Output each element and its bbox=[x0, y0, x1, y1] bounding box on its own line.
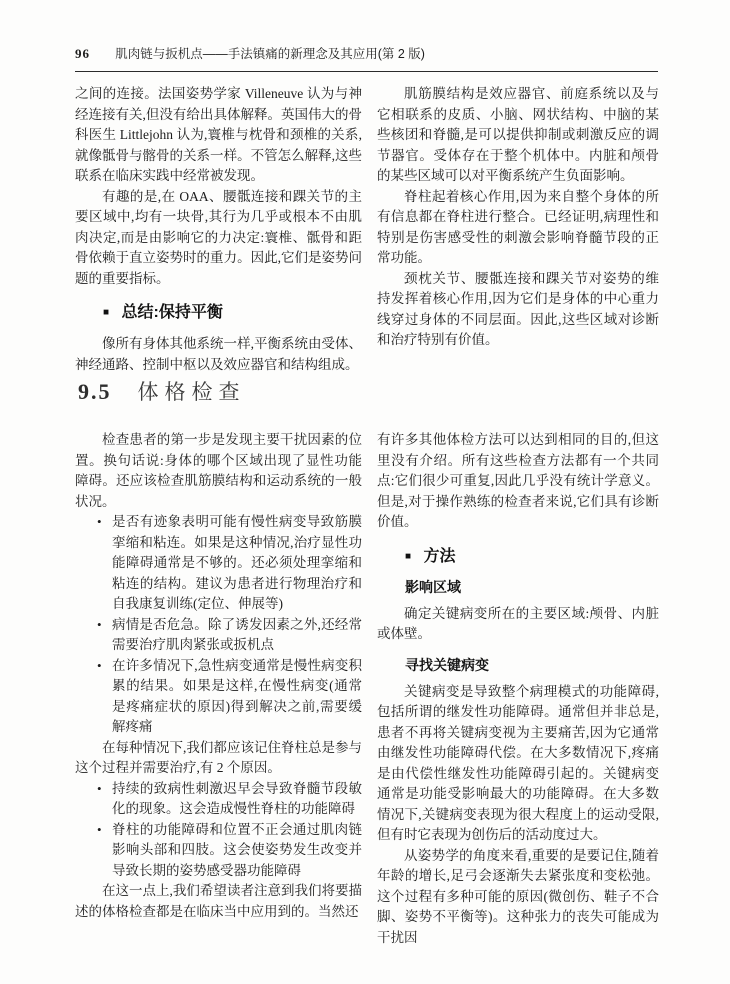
bullet-icon: • bbox=[97, 512, 102, 533]
bullet-list: • 是否有迹象表明可能有慢性病变导致筋膜挛缩和粘连。如果是这种情况,治疗显性功能… bbox=[75, 512, 362, 738]
list-item-text: 病情是否危急。除了诱发因素之外,还经常需要治疗肌肉紧张或扳机点 bbox=[112, 617, 362, 653]
bullet-icon: • bbox=[97, 779, 102, 800]
paragraph: 检查患者的第一步是发现主要干扰因素的位置。换句话说:身体的哪个区域出现了显性功能… bbox=[75, 430, 362, 512]
bullet-icon: • bbox=[97, 615, 102, 636]
paragraph: 颈枕关节、腰骶连接和踝关节对姿势的维持发挥着核心作用,因为它们是身体的中心重力线… bbox=[377, 269, 659, 351]
bullet-icon: • bbox=[97, 656, 102, 677]
paragraph: 有趣的是,在 OAA、腰骶连接和踝关节的主要区域中,均有一块骨,其行为几乎或根本… bbox=[75, 187, 362, 290]
paragraph-continuation: 之间的连接。法国姿势学家 Villeneuve 认为与神经连接有关,但没有给出具… bbox=[75, 84, 362, 187]
list-item-text: 脊柱的功能障碍和位置不正会通过肌肉链影响头部和四肢。这会使姿势发生改变并导致长期… bbox=[112, 822, 362, 878]
bottom-left-column: 检查患者的第一步是发现主要干扰因素的位置。换句话说:身体的哪个区域出现了显性功能… bbox=[75, 430, 362, 922]
bullet-list: • 持续的致病性刺激迟早会导致脊髓节段敏化的现象。这会造成慢性脊柱的功能障碍 •… bbox=[75, 779, 362, 882]
page-header: 96 肌肉链与扳机点——手法镇痛的新理念及其应用(第 2 版) bbox=[75, 44, 658, 72]
subheading-key-lesion: 寻找关键病变 bbox=[377, 656, 659, 674]
summary-heading: ■ 总结:保持平衡 bbox=[75, 303, 362, 323]
book-page: 96 肌肉链与扳机点——手法镇痛的新理念及其应用(第 2 版) 之间的连接。法国… bbox=[0, 0, 730, 984]
paragraph: 脊柱起着核心作用,因为来自整个身体的所有信息都在脊柱进行整合。已经证明,病理性和… bbox=[377, 187, 659, 269]
list-item-text: 在许多情况下,急性病变通常是慢性病变积累的结果。如果是这样,在慢性病变(通常是疼… bbox=[112, 658, 362, 735]
list-item: • 脊柱的功能障碍和位置不正会通过肌肉链影响头部和四肢。这会使姿势发生改变并导致… bbox=[97, 820, 362, 882]
paragraph: 像所有身体其他系统一样,平衡系统由受体、神经通路、控制中枢以及效应器官和结构组成… bbox=[75, 334, 362, 375]
list-item: • 持续的致病性刺激迟早会导致脊髓节段敏化的现象。这会造成慢性脊柱的功能障碍 bbox=[97, 779, 362, 820]
summary-heading-text: 总结:保持平衡 bbox=[122, 304, 223, 321]
section-number: 9.5 bbox=[78, 379, 112, 404]
bottom-right-column: 有许多其他体检方法可以达到相同的目的,但这里没有介绍。所有这些检查方法都有一个共… bbox=[377, 430, 659, 948]
top-left-column: 之间的连接。法国姿势学家 Villeneuve 认为与神经连接有关,但没有给出具… bbox=[75, 84, 362, 375]
section-title: 体格检查 bbox=[138, 381, 246, 404]
list-item: • 是否有迹象表明可能有慢性病变导致筋膜挛缩和粘连。如果是这种情况,治疗显性功能… bbox=[97, 512, 362, 615]
top-right-column: 肌筋膜结构是效应器官、前庭系统以及与它相联系的皮质、小脑、网状结构、中脑的某些核… bbox=[377, 84, 659, 351]
paragraph: 在这一点上,我们希望读者注意到我们将要描述的体格检查都是在临床当中应用到的。当然… bbox=[75, 881, 362, 922]
list-item-text: 持续的致病性刺激迟早会导致脊髓节段敏化的现象。这会造成慢性脊柱的功能障碍 bbox=[112, 781, 362, 817]
paragraph-continuation: 有许多其他体检方法可以达到相同的目的,但这里没有介绍。所有这些检查方法都有一个共… bbox=[377, 430, 659, 533]
paragraph: 关键病变是导致整个病理模式的功能障碍,包括所谓的继发性功能障碍。通常但并非总是,… bbox=[377, 682, 659, 846]
list-item: • 在许多情况下,急性病变通常是慢性病变积累的结果。如果是这样,在慢性病变(通常… bbox=[97, 656, 362, 738]
square-bullet-icon: ■ bbox=[405, 551, 411, 562]
list-item: • 病情是否危急。除了诱发因素之外,还经常需要治疗肌肉紧张或扳机点 bbox=[97, 615, 362, 656]
method-heading: ■ 方法 bbox=[377, 547, 659, 567]
subheading-affected-region: 影响区域 bbox=[377, 578, 659, 596]
paragraph: 肌筋膜结构是效应器官、前庭系统以及与它相联系的皮质、小脑、网状结构、中脑的某些核… bbox=[377, 84, 659, 187]
method-heading-text: 方法 bbox=[424, 548, 456, 565]
page-number: 96 bbox=[75, 46, 90, 61]
paragraph: 从姿势学的角度来看,重要的是要记住,随着年龄的增长,足弓会逐渐失去紧张度和变松弛… bbox=[377, 846, 659, 949]
running-title: 肌肉链与扳机点——手法镇痛的新理念及其应用(第 2 版) bbox=[115, 47, 425, 61]
square-bullet-icon: ■ bbox=[103, 307, 109, 318]
section-heading: 9.5 体格检查 bbox=[78, 376, 246, 406]
list-item-text: 是否有迹象表明可能有慢性病变导致筋膜挛缩和粘连。如果是这种情况,治疗显性功能障碍… bbox=[112, 514, 362, 611]
paragraph: 在每种情况下,我们都应该记住脊柱总是参与这个过程并需要治疗,有 2 个原因。 bbox=[75, 738, 362, 779]
bullet-icon: • bbox=[97, 820, 102, 841]
paragraph: 确定关键病变所在的主要区域:颅骨、内脏或体壁。 bbox=[377, 604, 659, 645]
